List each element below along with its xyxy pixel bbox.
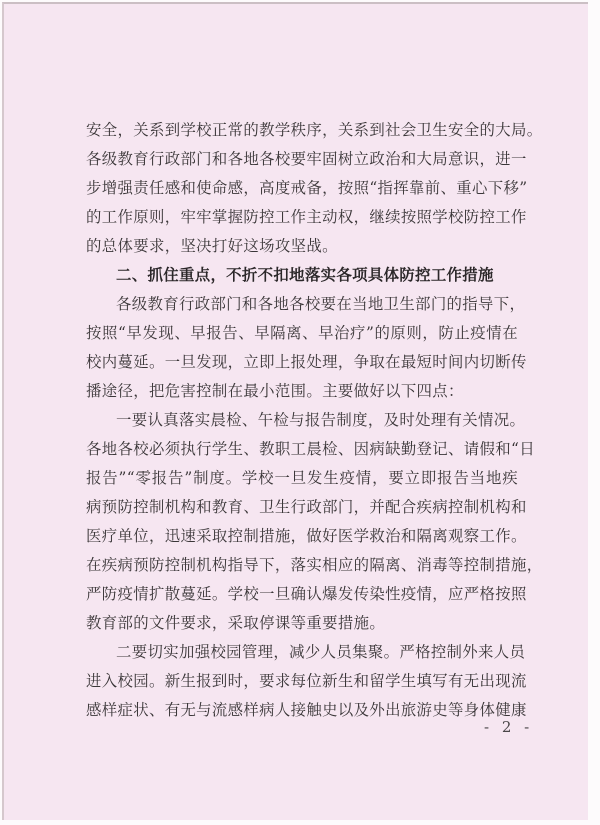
- body-line: 在疾病预防控制机构指导下，落实相应的隔离、消毒等控制措施，: [86, 551, 518, 580]
- body-line: 按照“早发现、早报告、早隔离、早治疗”的原则，防止疫情在: [86, 319, 518, 348]
- paragraph-start-line: 二要切实加强校园管理，减少人员集聚。严格控制外来人员: [86, 638, 518, 667]
- body-line: 进入校园。新生报到时，要求每位新生和留学生填写有无出现流: [86, 667, 518, 696]
- paragraph-start-line: 一要认真落实晨检、午检与报告制度，及时处理有关情况。: [86, 406, 518, 435]
- body-line: 的总体要求，坚决打好这场攻坚战。: [86, 232, 518, 261]
- body-line: 各级教育行政部门和各地各校要牢固树立政治和大局意识，进一: [86, 145, 518, 174]
- body-line: 报告”“零报告”制度。学校一旦发生疫情，要立即报告当地疾: [86, 464, 518, 493]
- body-line: 校内蔓延。一旦发现，立即上报处理，争取在最短时间内切断传: [86, 348, 518, 377]
- document-body: 安全，关系到学校正常的教学秩序，关系到社会卫生安全的大局。 各级教育行政部门和各…: [86, 116, 518, 725]
- scanned-page-background: 安全，关系到学校正常的教学秩序，关系到社会卫生安全的大局。 各级教育行政部门和各…: [0, 0, 600, 825]
- body-line: 播途径，把危害控制在最小范围。主要做好以下四点：: [86, 377, 518, 406]
- body-line: 教育部的文件要求，采取停课等重要措施。: [86, 609, 518, 638]
- paragraph-start-line: 各级教育行政部门和各地各校要在当地卫生部门的指导下，: [86, 290, 518, 319]
- body-line: 病预防控制机构和教育、卫生行政部门，并配合疾病控制机构和: [86, 493, 518, 522]
- body-line: 安全，关系到学校正常的教学秩序，关系到社会卫生安全的大局。: [86, 116, 518, 145]
- body-line: 感样症状、有无与流感样病人接触史以及外出旅游史等身体健康: [86, 696, 518, 725]
- body-line: 的工作原则，牢牢掌握防控工作主动权，继续按照学校防控工作: [86, 203, 518, 232]
- section-heading: 二、抓住重点，不折不扣地落实各项具体防控工作措施: [86, 261, 518, 290]
- body-line: 医疗单位，迅速采取控制措施，做好医学救治和隔离观察工作。: [86, 522, 518, 551]
- body-line: 各地各校必须执行学生、教职工晨检、因病缺勤登记、请假和“日: [86, 435, 518, 464]
- page-number: - 2 -: [484, 718, 533, 736]
- body-line: 步增强责任感和使命感，高度戒备，按照“指挥靠前、重心下移”: [86, 174, 518, 203]
- body-line: 严防疫情扩散蔓延。学校一旦确认爆发传染性疫情，应严格按照: [86, 580, 518, 609]
